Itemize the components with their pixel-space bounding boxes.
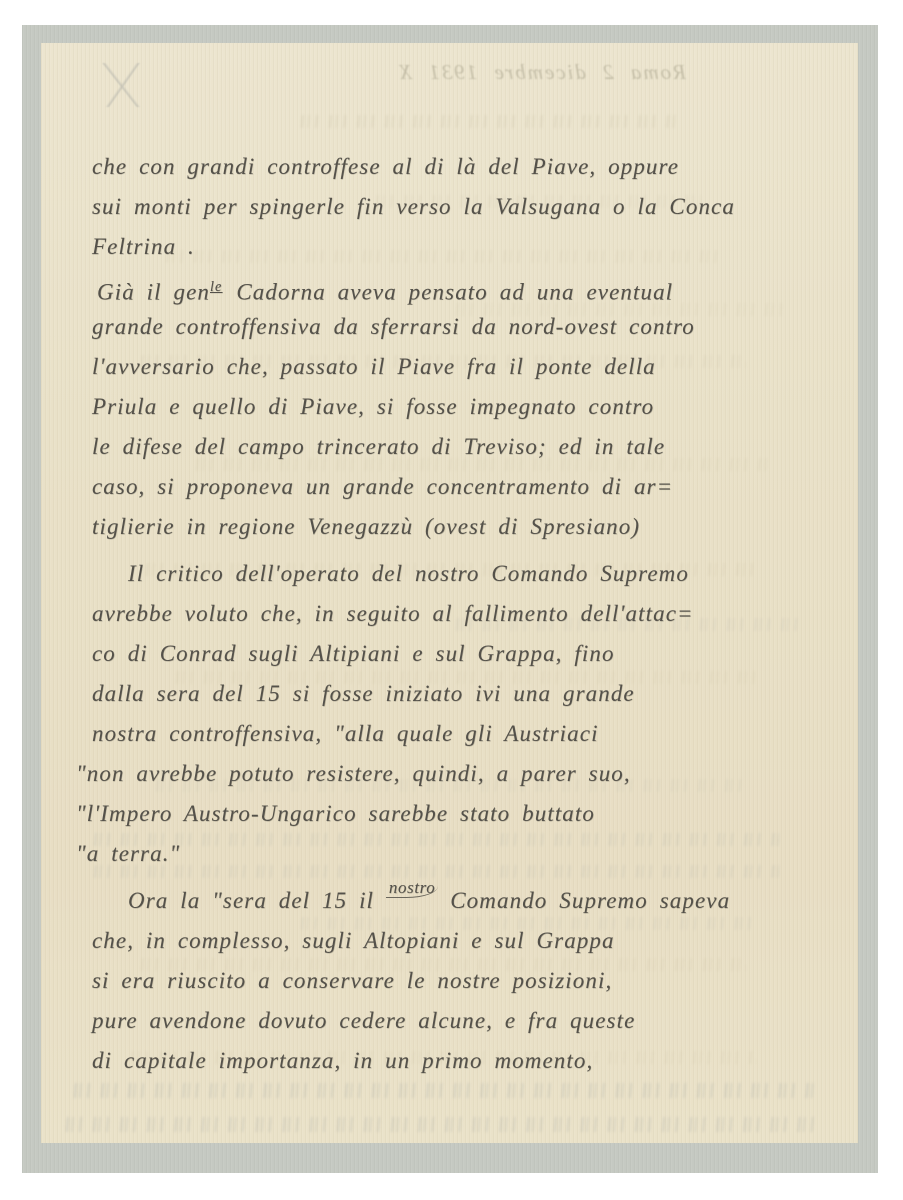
handwritten-line: Già il genle Cadorna aveva pensato ad un… bbox=[92, 267, 860, 307]
bleedthrough-mark bbox=[61, 1117, 816, 1132]
bleedthrough-date-line: Roma 2 dicembre 1931 X bbox=[246, 55, 686, 89]
handwritten-line: "a terra." bbox=[76, 834, 860, 874]
handwritten-line: sui monti per spingerle fin verso la Val… bbox=[92, 187, 860, 227]
line-segment: Già il gen bbox=[97, 280, 210, 305]
bleedthrough-mark bbox=[296, 115, 676, 128]
handwritten-line: "l'Impero Austro-Ungarico sarebbe stato … bbox=[76, 794, 860, 834]
handwritten-line: Il critico dell'operato del nostro Coman… bbox=[92, 554, 860, 594]
handwritten-line: che con grandi controffese al di là del … bbox=[92, 147, 860, 187]
handwritten-line: dalla sera del 15 si fosse iniziato ivi … bbox=[92, 674, 860, 714]
handwritten-text-block: che con grandi controffese al di là del … bbox=[92, 147, 860, 1081]
handwritten-line: di capitale importanza, in un primo mome… bbox=[92, 1041, 860, 1081]
photo-mount-border: Roma 2 dicembre 1931 X che con grandi co… bbox=[22, 25, 878, 1173]
handwritten-line: Feltrina . bbox=[92, 227, 860, 267]
handwritten-line: pure avendone dovuto cedere alcune, e fr… bbox=[92, 1001, 860, 1041]
handwritten-line: co di Conrad sugli Altipiani e sul Grapp… bbox=[92, 634, 860, 674]
line-segment: Cadorna aveva pensato ad una eventual bbox=[224, 280, 673, 305]
inserted-word-above-line: nostro bbox=[386, 878, 438, 898]
manuscript-page: Roma 2 dicembre 1931 X che con grandi co… bbox=[41, 43, 858, 1143]
handwritten-line: l'avversario che, passato il Piave fra i… bbox=[92, 347, 860, 387]
line-segment: Comando Supremo sapeva bbox=[438, 888, 730, 913]
handwritten-line: grande controffensiva da sferrarsi da no… bbox=[92, 307, 860, 347]
handwritten-line: Ora la "sera del 15 il nostro Comando Su… bbox=[92, 881, 860, 921]
handwritten-line: caso, si proponeva un grande concentrame… bbox=[92, 467, 860, 507]
bleedthrough-mark bbox=[69, 1083, 814, 1098]
pencil-scribble-mark bbox=[99, 63, 145, 107]
handwritten-line: tiglierie in regione Venegazzù (ovest di… bbox=[92, 507, 860, 547]
handwritten-line: si era riuscito a conservare le nostre p… bbox=[92, 961, 860, 1001]
handwritten-line: che, in complesso, sugli Altopiani e sul… bbox=[92, 921, 860, 961]
abbreviation-superscript: le bbox=[210, 279, 222, 295]
handwritten-line: le difese del campo trincerato di Trevis… bbox=[92, 427, 860, 467]
handwritten-line: avrebbe voluto che, in seguito al fallim… bbox=[92, 594, 860, 634]
line-segment: Ora la "sera del 15 il bbox=[128, 888, 374, 913]
handwritten-line: Priula e quello di Piave, si fosse impeg… bbox=[92, 387, 860, 427]
handwritten-line: "non avrebbe potuto resistere, quindi, a… bbox=[76, 754, 860, 794]
handwritten-line: nostra controffensiva, "alla quale gli A… bbox=[92, 714, 860, 754]
